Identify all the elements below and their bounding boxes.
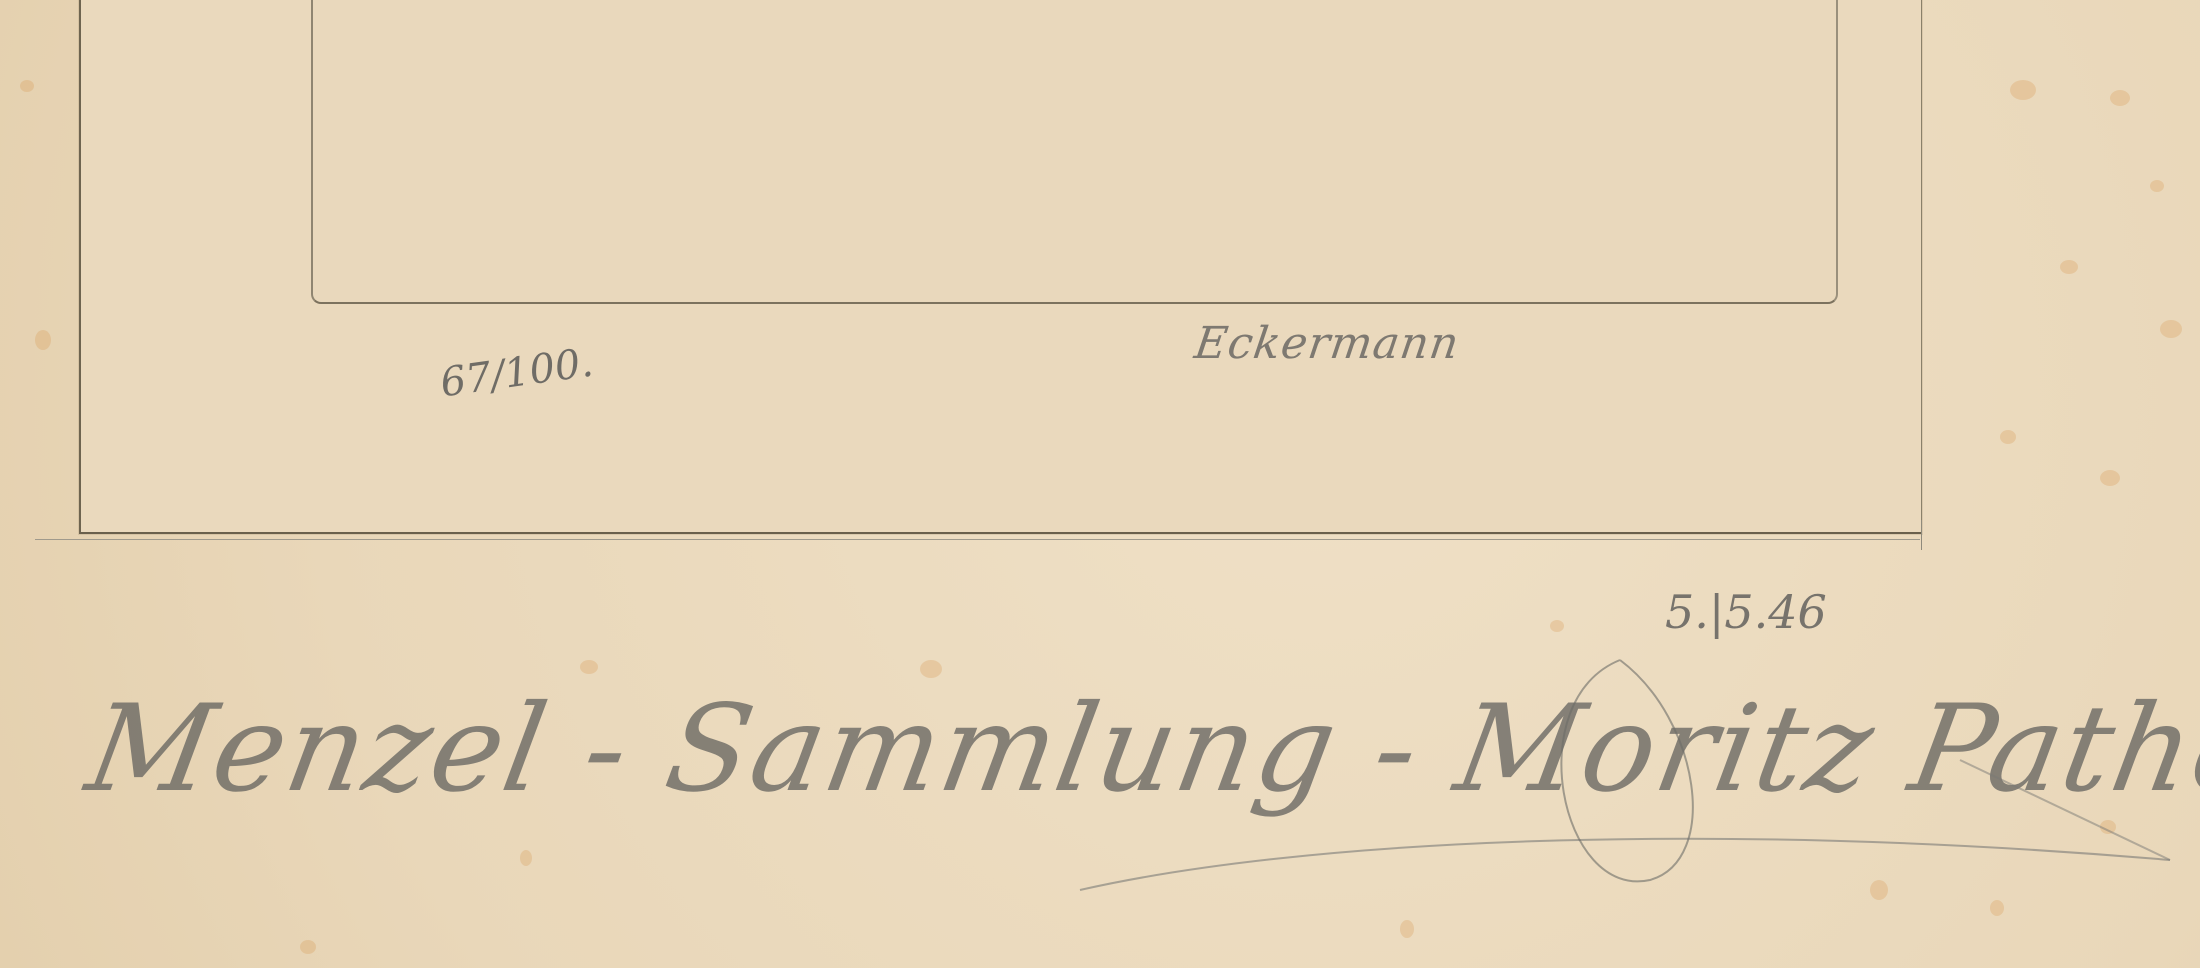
signature-flourish [0,0,2200,968]
